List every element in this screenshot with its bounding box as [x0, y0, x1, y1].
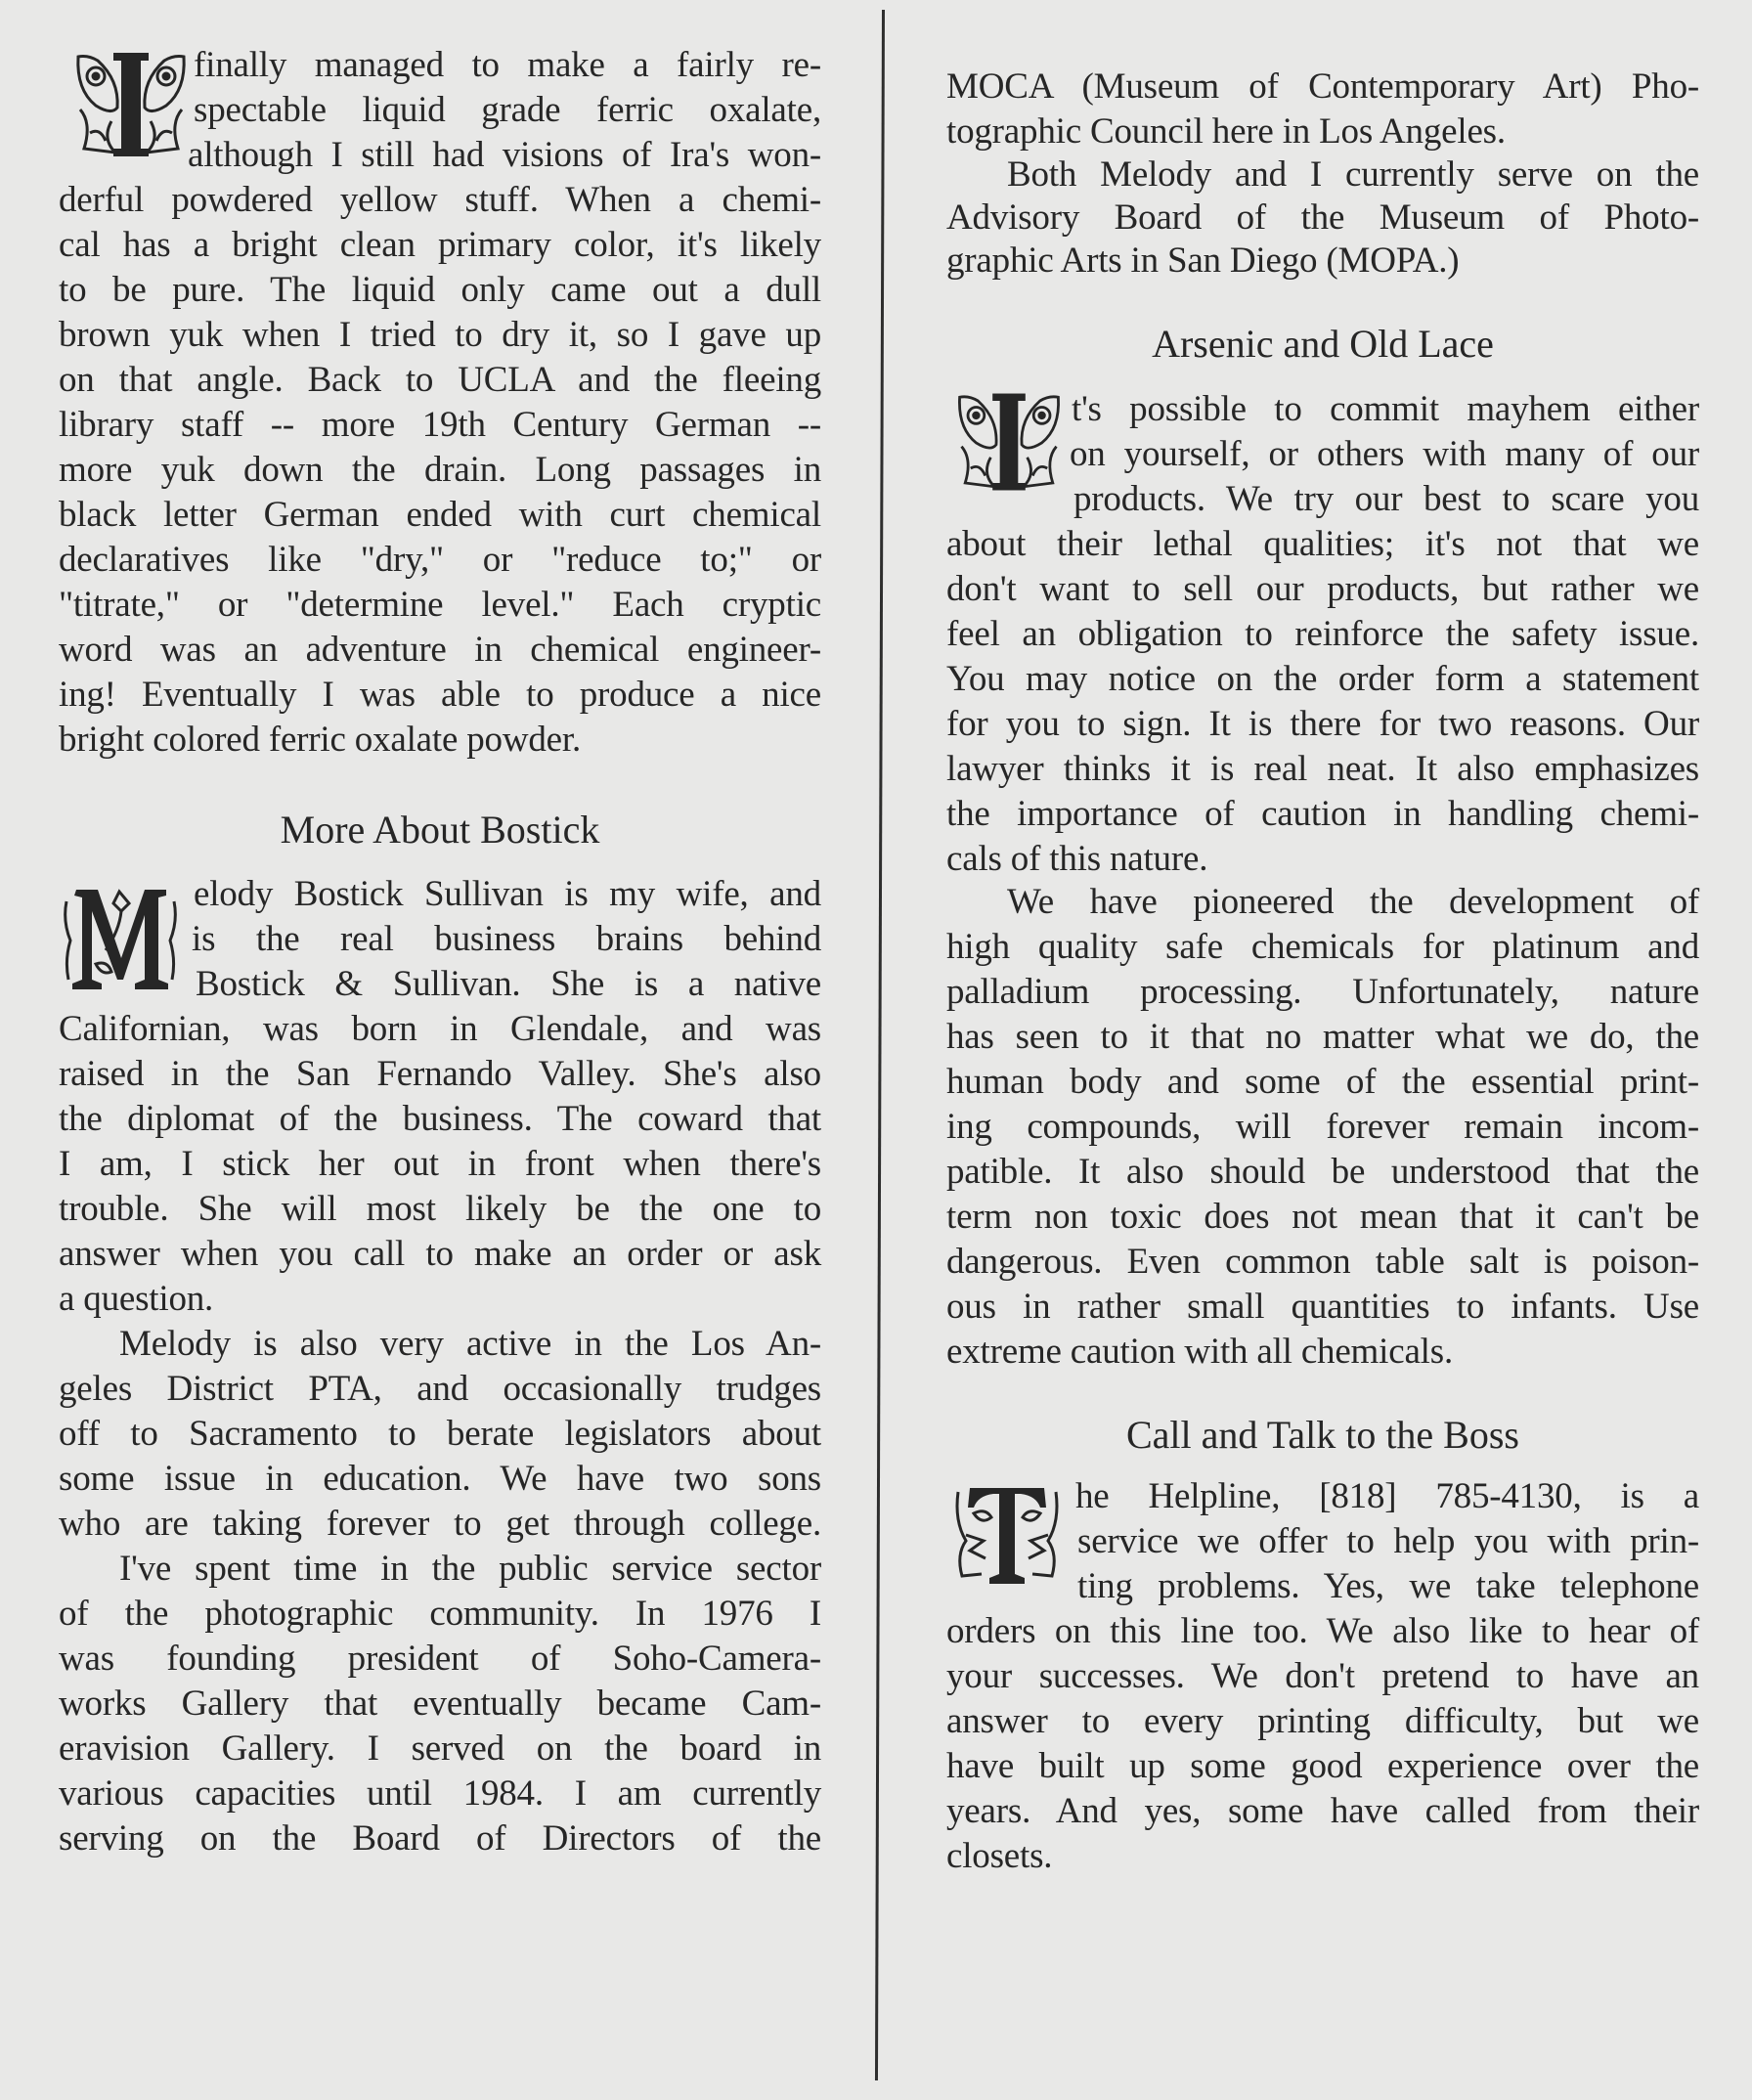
- text-line: eravision Gallery. I served on the board…: [59, 1727, 821, 1772]
- text-line: bright colored ferric oxalate powder.: [59, 718, 821, 763]
- text-line: serving on the Board of Directors of the: [59, 1816, 821, 1861]
- text-line: the importance of caution in handling ch…: [946, 792, 1699, 837]
- text-line: You may notice on the order form a state…: [946, 657, 1699, 702]
- drop-cap-m-floral-icon: [63, 882, 178, 991]
- text-line: orders on this line too. We also like to…: [946, 1609, 1699, 1654]
- text-line: high quality safe chemicals for platinum…: [946, 925, 1699, 970]
- drop-cap-i-floral-icon: [954, 389, 1064, 495]
- text-line: has seen to it that no matter what we do…: [946, 1015, 1699, 1060]
- text-line: t's possible to commit mayhem either: [1072, 387, 1699, 432]
- text-line: patible. It also should be understood th…: [946, 1150, 1699, 1195]
- text-line: derful powdered yellow stuff. When a che…: [59, 178, 821, 223]
- text-line: brown yuk when I tried to dry it, so I g…: [59, 313, 821, 358]
- text-line: a question.: [59, 1277, 821, 1322]
- text-line: spectable liquid grade ferric oxalate,: [194, 88, 821, 133]
- text-line: finally managed to make a fairly re-: [194, 43, 821, 88]
- column-divider: [875, 10, 885, 2080]
- text-line: Bostick & Sullivan. She is a native: [196, 962, 821, 1007]
- text-line: about their lethal qualities; it's not t…: [946, 522, 1699, 567]
- scanned-page: finally managed to make a fairly re- spe…: [0, 0, 1752, 2100]
- text-line: ting problems. Yes, we take telephone: [1077, 1564, 1699, 1609]
- text-line: library staff -- more 19th Century Germa…: [59, 403, 821, 448]
- section-heading-arsenic: Arsenic and Old Lace: [946, 320, 1699, 369]
- text-line: the diplomat of the business. The coward…: [59, 1097, 821, 1142]
- text-line: your successes. We don't pretend to have…: [946, 1654, 1699, 1699]
- text-line: We have pioneered the development of: [946, 880, 1699, 925]
- text-line: who are taking forever to get through co…: [59, 1502, 821, 1547]
- text-line: ing compounds, will forever remain incom…: [946, 1105, 1699, 1150]
- text-line: off to Sacramento to berate legislators …: [59, 1412, 821, 1457]
- text-line: declaratives like "dry," or "reduce to;"…: [59, 538, 821, 583]
- text-line: more yuk down the drain. Long passages i…: [59, 448, 821, 493]
- text-line: "titrate," or "determine level." Each cr…: [59, 583, 821, 628]
- text-line: Both Melody and I currently serve on the: [946, 153, 1699, 197]
- text-line: black letter German ended with curt chem…: [59, 493, 821, 538]
- text-line: Advisory Board of the Museum of Photo-: [946, 196, 1699, 241]
- text-line: extreme caution with all chemicals.: [946, 1330, 1699, 1375]
- text-line: geles District PTA, and occasionally tru…: [59, 1367, 821, 1412]
- text-line: closets.: [946, 1834, 1699, 1879]
- text-line: for you to sign. It is there for two rea…: [946, 702, 1699, 747]
- text-line: have built up some good experience over …: [946, 1744, 1699, 1789]
- text-line: answer to every printing difficulty, but…: [946, 1699, 1699, 1744]
- text-line: I've spent time in the public service se…: [59, 1547, 821, 1592]
- text-line: Californian, was born in Glendale, and w…: [59, 1007, 821, 1052]
- text-line: lawyer thinks it is real neat. It also e…: [946, 747, 1699, 792]
- text-line: word was an adventure in chemical engine…: [59, 628, 821, 673]
- drop-cap-t-leaf-icon: [952, 1482, 1062, 1584]
- text-line: to be pure. The liquid only came out a d…: [59, 268, 821, 313]
- text-line: trouble. She will most likely be the one…: [59, 1187, 821, 1232]
- section-heading-boss: Call and Talk to the Boss: [946, 1411, 1699, 1460]
- text-line: of the photographic community. In 1976 I: [59, 1592, 821, 1637]
- text-line: products. We try our best to scare you: [1073, 477, 1699, 522]
- text-line: answer when you call to make an order or…: [59, 1232, 821, 1277]
- text-line: palladium processing. Unfortunately, nat…: [946, 970, 1699, 1015]
- drop-cap-i-floral-icon: [72, 51, 190, 158]
- helpline-text-line: he Helpline, [818] 785-4130, is a: [1075, 1474, 1699, 1519]
- text-line: term non toxic does not mean that it can…: [946, 1195, 1699, 1240]
- text-line: tographic Council here in Los Angeles.: [946, 109, 1699, 154]
- text-line: ing! Eventually I was able to produce a …: [59, 673, 821, 718]
- text-line: I am, I stick her out in front when ther…: [59, 1142, 821, 1187]
- text-line: works Gallery that eventually became Cam…: [59, 1682, 821, 1727]
- text-line: although I still had visions of Ira's wo…: [188, 133, 821, 178]
- text-line: service we offer to help you with prin-: [1077, 1519, 1699, 1564]
- text-line: elody Bostick Sullivan is my wife, and: [194, 872, 821, 917]
- text-line: is the real business brains behind: [192, 917, 821, 962]
- text-line: was founding president of Soho-Camera-: [59, 1637, 821, 1682]
- text-line: feel an obligation to reinforce the safe…: [946, 612, 1699, 657]
- text-line: on yourself, or others with many of our: [1070, 432, 1699, 477]
- text-line: on that angle. Back to UCLA and the flee…: [59, 358, 821, 403]
- text-line: graphic Arts in San Diego (MOPA.): [946, 239, 1699, 284]
- section-heading-bostick: More About Bostick: [59, 806, 821, 854]
- text-line: cal has a bright clean primary color, it…: [59, 223, 821, 268]
- text-line: cals of this nature.: [946, 837, 1699, 882]
- text-line: human body and some of the essential pri…: [946, 1060, 1699, 1105]
- text-line: years. And yes, some have called from th…: [946, 1789, 1699, 1834]
- text-line: raised in the San Fernando Valley. She's…: [59, 1052, 821, 1097]
- text-line: dangerous. Even common table salt is poi…: [946, 1240, 1699, 1285]
- text-line: MOCA (Museum of Contemporary Art) Pho-: [946, 65, 1699, 109]
- text-line: don't want to sell our products, but rat…: [946, 567, 1699, 612]
- text-line: Melody is also very active in the Los An…: [59, 1322, 821, 1367]
- text-line: ous in rather small quantities to infant…: [946, 1285, 1699, 1330]
- text-line: some issue in education. We have two son…: [59, 1457, 821, 1502]
- text-line: various capacities until 1984. I am curr…: [59, 1772, 821, 1816]
